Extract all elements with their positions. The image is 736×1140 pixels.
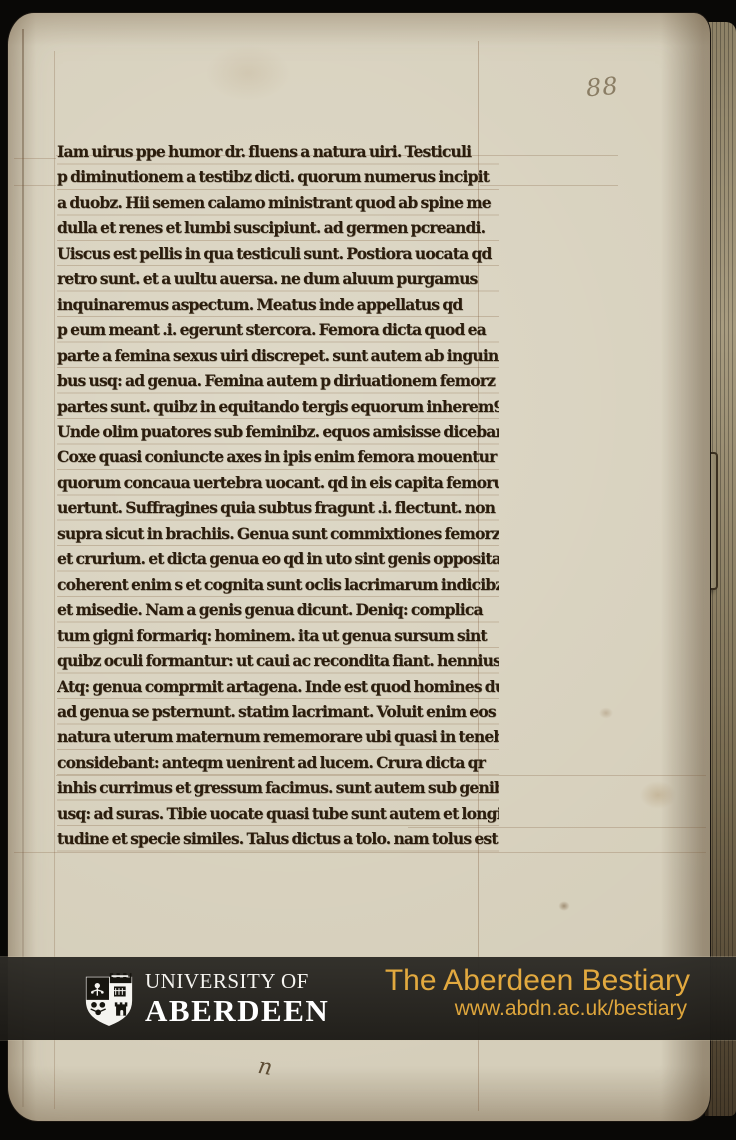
manuscript-text-line: Atq: genua comprmit artagena. Inde est q… (57, 674, 499, 699)
manuscript-text-line: partes sunt. quibz in equitando tergis e… (57, 394, 499, 419)
ruling-line-vertical-left (54, 51, 55, 1109)
manuscript-text-line: supra sicut in brachiis. Genua sunt comm… (57, 521, 499, 546)
manuscript-text-line: p eum meant .i. egerunt stercora. Femora… (57, 317, 499, 342)
university-crest-icon (84, 970, 134, 1028)
site-identity: The Aberdeen Bestiary www.abdn.ac.uk/bes… (385, 964, 690, 1020)
ruling-line-horizontal (14, 185, 56, 186)
university-wordmark: UNIVERSITY OF ABERDEEN (145, 971, 329, 1026)
manuscript-text-line: inhis currimus et gressum facimus. sunt … (57, 775, 499, 800)
manuscript-text-line: bus usq: ad genua. Femina autem p diriua… (57, 368, 499, 393)
manuscript-text-line: ad genua se psternunt. statim lacrimant.… (57, 699, 499, 724)
manuscript-text-line: uertunt. Suffragines quia subtus fragunt… (57, 495, 499, 520)
university-name-top: UNIVERSITY OF (145, 971, 329, 992)
manuscript-text-line: parte a femina sexus uiri discrepet. sun… (57, 343, 499, 368)
manuscript-text-line: Unde olim puatores sub feminibz. equos a… (57, 419, 499, 444)
manuscript-text-line: retro sunt. et a uultu auersa. ne dum al… (57, 266, 499, 291)
manuscript-text-line: et misedie. Nam a genis genua dicunt. De… (57, 597, 499, 622)
manuscript-text-line: considebant: anteqm uenirent ad lucem. C… (57, 750, 499, 775)
manuscript-text-line: et crurium. et dicta genua eo qd in uto … (57, 546, 499, 571)
manuscript-text-line: Iam uirus ppe humor dr. fluens a natura … (57, 139, 499, 164)
university-name-bottom: ABERDEEN (145, 995, 329, 1026)
manuscript-text-line: tum gigni formariq: hominem. ita ut genu… (57, 623, 499, 648)
ruling-line-horizontal (14, 852, 706, 853)
manuscript-text-block: Iam uirus ppe humor dr. fluens a natura … (57, 139, 499, 852)
manuscript-text-line: Coxe quasi coniuncte axes in ipis enim f… (57, 444, 499, 469)
site-title: The Aberdeen Bestiary (385, 964, 690, 997)
manuscript-text-line: coherent enim s et cognita sunt oclis la… (57, 572, 499, 597)
manuscript-scan-viewport: 88 Iam uirus ppe humor dr. fluens a natu… (0, 0, 736, 1140)
manuscript-page: 88 Iam uirus ppe humor dr. fluens a natu… (8, 13, 710, 1121)
manuscript-text-line: tudine et specie similes. Talus dictus a… (57, 826, 499, 851)
manuscript-text-line: natura uterum maternum rememorare ubi qu… (57, 724, 499, 749)
manuscript-text-line: quorum concaua uertebra uocant. qd in ei… (57, 470, 499, 495)
manuscript-text-line: p diminutionem a testibz dicti. quorum n… (57, 164, 499, 189)
ruling-line-horizontal (480, 185, 618, 186)
manuscript-text-line: inquinaremus aspectum. Meatus inde appel… (57, 292, 499, 317)
university-brand: UNIVERSITY OF ABERDEEN (84, 957, 329, 1040)
page-fold-shadow (22, 29, 24, 1107)
manuscript-text-line: a duobz. Hii semen calamo ministrant quo… (57, 190, 499, 215)
site-url: www.abdn.ac.uk/bestiary (385, 997, 690, 1020)
footer-banner: UNIVERSITY OF ABERDEEN The Aberdeen Best… (0, 957, 736, 1040)
manuscript-text-line: quibz oculi formantur: ut caui ac recond… (57, 648, 499, 673)
manuscript-text-line: dulla et renes et lumbi suscipiunt. ad g… (57, 215, 499, 240)
manuscript-text-line: usq: ad suras. Tibie uocate quasi tube s… (57, 801, 499, 826)
manuscript-text-line: Uiscus est pellis in qua testiculi sunt.… (57, 241, 499, 266)
folio-number: 88 (585, 72, 620, 103)
quire-mark: n (256, 1054, 274, 1081)
ruling-line-horizontal (14, 158, 56, 159)
